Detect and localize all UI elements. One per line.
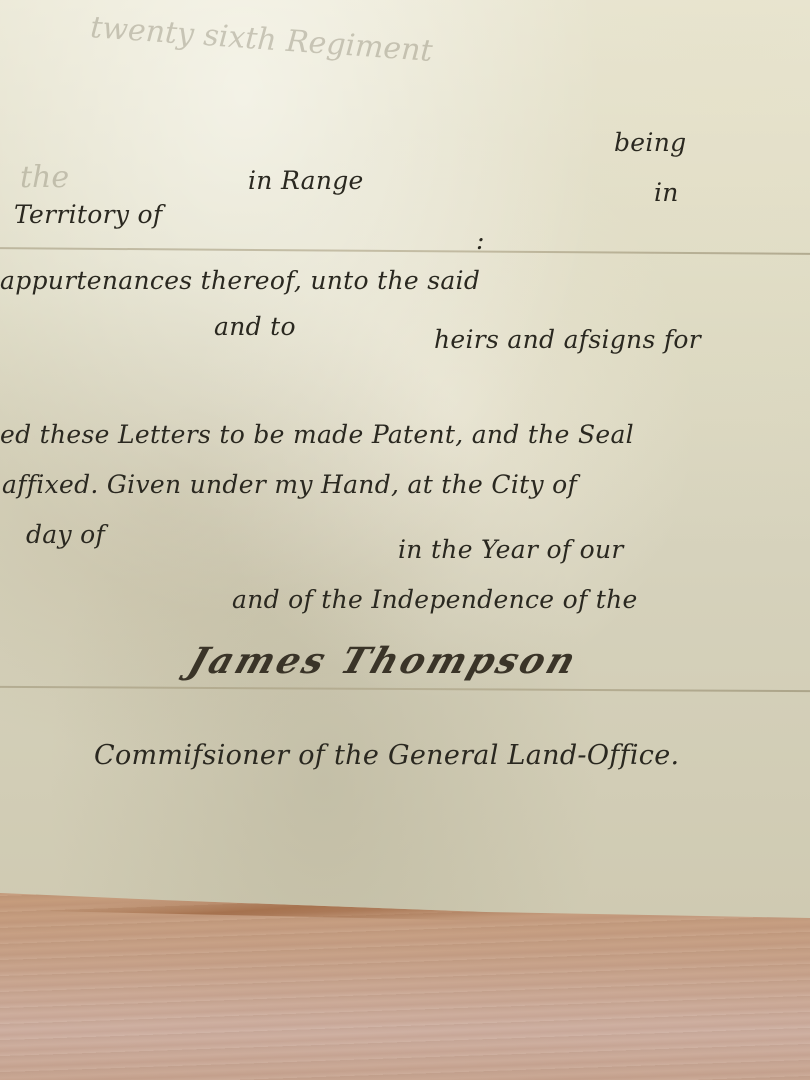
text-in: in	[654, 178, 679, 207]
fold-crease-lower	[0, 686, 810, 692]
text-territory-of: Territory of	[14, 200, 162, 229]
text-commissioner-title: Commifsioner of the General Land-Office.	[94, 740, 679, 771]
signature: James Thompson	[183, 640, 584, 682]
text-in-range: in Range	[248, 166, 364, 195]
handwritten-regiment: twenty sixth Regiment	[89, 10, 433, 69]
text-appurtenances: appurtenances thereof, unto the said	[0, 266, 480, 295]
text-letters-patent: ed these Letters to be made Patent, and …	[0, 420, 634, 449]
document-paper: twenty sixth Regiment the being in Range…	[0, 0, 810, 920]
text-year-of-our: in the Year of our	[398, 535, 624, 564]
text-being: being	[614, 128, 686, 157]
text-colon: :	[476, 226, 485, 255]
text-and-to: and to	[214, 312, 296, 341]
text-given-under-hand: affixed. Given under my Hand, at the Cit…	[2, 470, 577, 499]
handwritten-fragment: the	[20, 160, 69, 195]
fold-crease-upper	[0, 247, 810, 255]
text-day-of: day of	[26, 520, 105, 549]
text-heirs-assigns: heirs and afsigns for	[434, 325, 701, 354]
text-independence: and of the Independence of the	[232, 585, 638, 614]
